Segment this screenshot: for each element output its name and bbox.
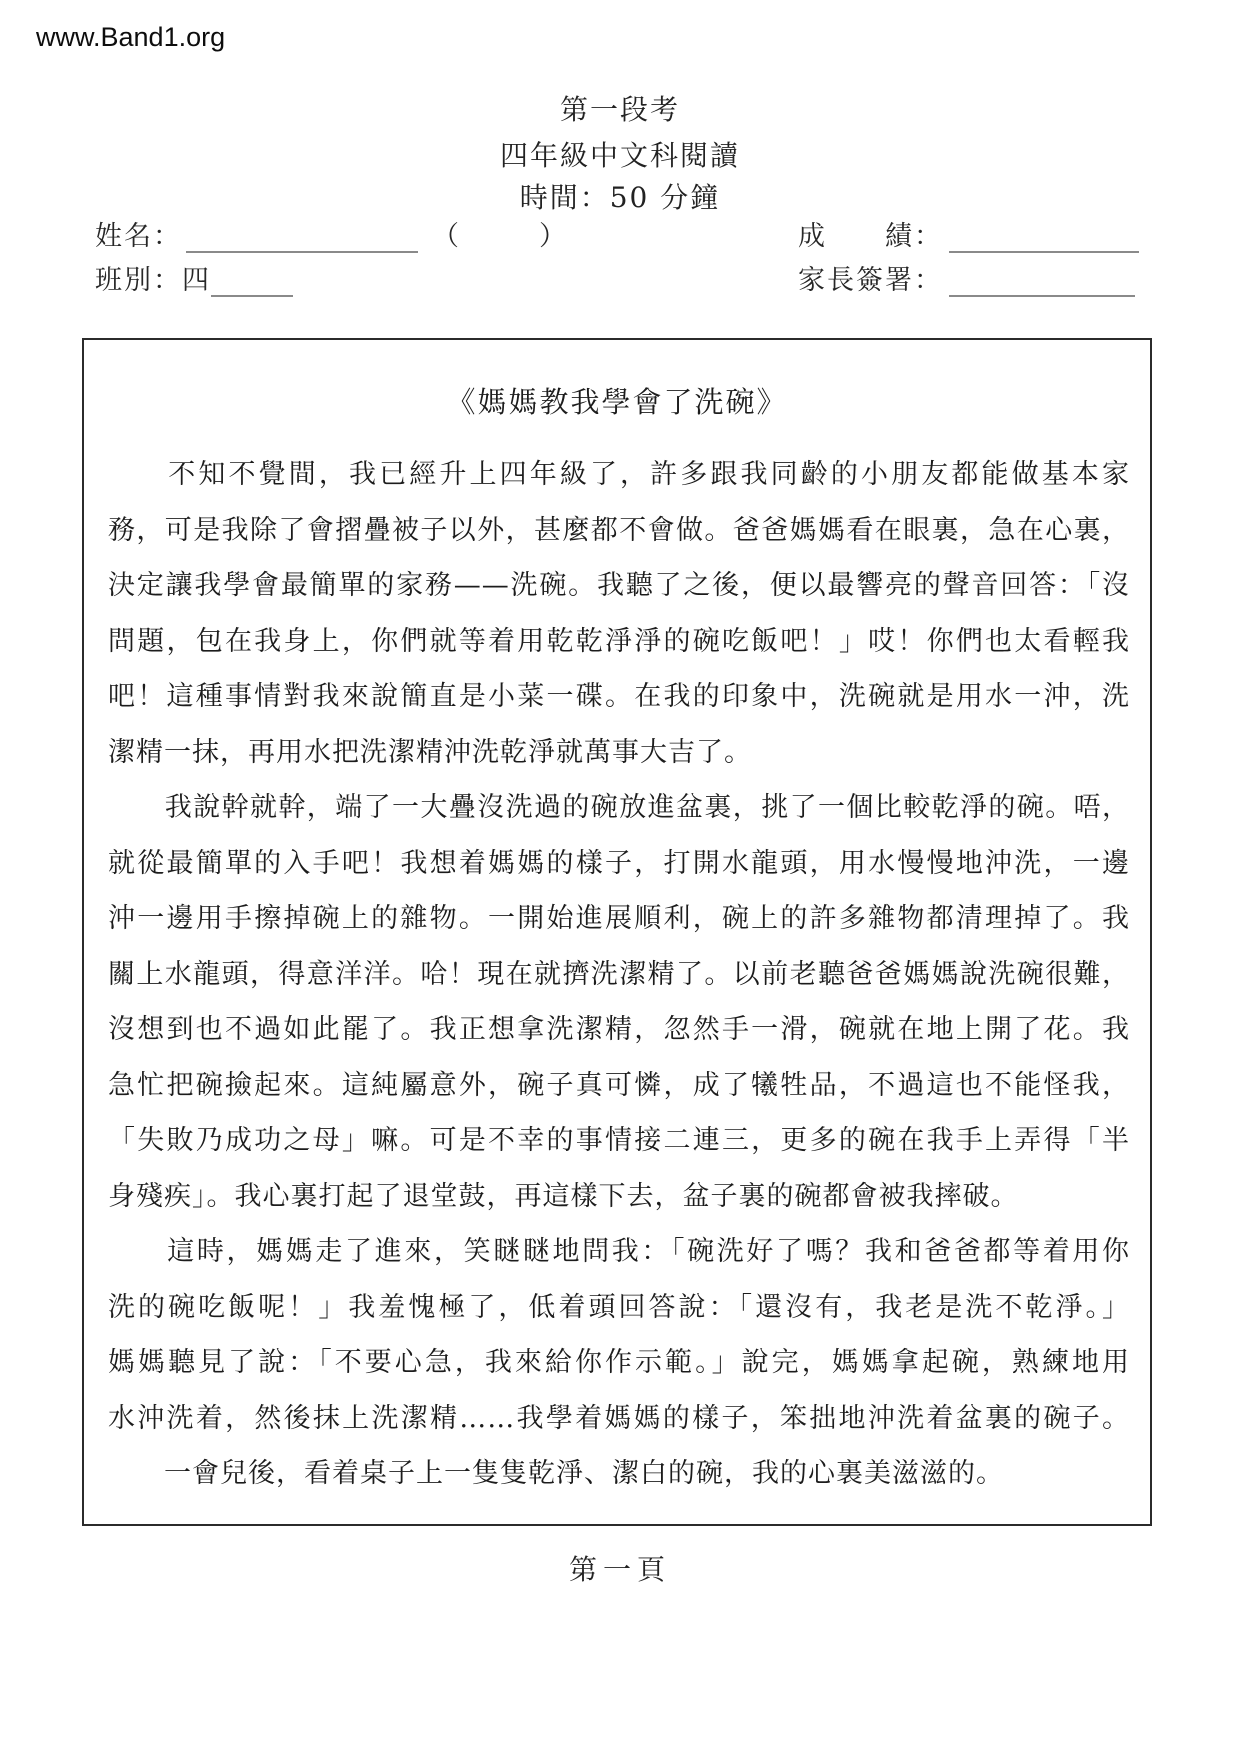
parent-sign-underline (949, 265, 1135, 297)
name-paren-close: ） (539, 214, 568, 253)
passage-line: 我說幹就幹，端了一大疊沒洗過的碗放進盆裏，挑了一個比較乾淨的碗。唔， (108, 780, 1130, 836)
passage-line: 「失敗乃成功之母」嘛。可是不幸的事情接二連三，更多的碗在我手上弄得「半 (108, 1113, 1130, 1169)
passage-line: 決定讓我學會最簡單的家務——洗碗。我聽了之後，便以最響亮的聲音回答：「沒 (108, 558, 1130, 614)
passage-line: 不知不覺間，我已經升上四年級了，許多跟我同齡的小朋友都能做基本家 (108, 447, 1130, 503)
site-watermark: www.Band1.org (36, 22, 225, 53)
score-field-row: 成 績： (798, 214, 1139, 253)
passage-line: 一會兒後，看着桌子上一隻隻乾淨、潔白的碗，我的心裏美滋滋的。 (108, 1446, 1130, 1502)
class-field-row: 班別：四 (95, 258, 293, 297)
passage-line: 水沖洗着，然後抹上洗潔精……我學着媽媽的樣子，笨拙地沖洗着盆裏的碗子。 (108, 1391, 1130, 1447)
passage-line: 媽媽聽見了說：「不要心急，我來給你作示範。」說完，媽媽拿起碗，熟練地用 (108, 1335, 1130, 1391)
passage-line: 這時，媽媽走了進來，笑瞇瞇地問我：「碗洗好了嗎？我和爸爸都等着用你 (108, 1224, 1130, 1280)
exam-duration: 時間：50 分鐘 (0, 176, 1240, 216)
passage-line: 沖一邊用手擦掉碗上的雜物。一開始進展順利，碗上的許多雜物都清理掉了。我 (108, 891, 1130, 947)
name-paren-open: （ (432, 214, 461, 253)
passage-line: 就從最簡單的入手吧！我想着媽媽的樣子，打開水龍頭，用水慢慢地沖洗，一邊 (108, 836, 1130, 892)
passage-box: 《媽媽教我學會了洗碗》 不知不覺間，我已經升上四年級了，許多跟我同齡的小朋友都能… (82, 338, 1152, 1526)
passage-line: 問題，包在我身上，你們就等着用乾乾淨淨的碗吃飯吧！」哎！你們也太看輕我 (108, 614, 1130, 670)
class-underline (211, 265, 293, 297)
name-field-row: 姓名：（） (95, 214, 568, 253)
passage-line: 關上水龍頭，得意洋洋。哈！現在就擠洗潔精了。以前老聽爸爸媽媽說洗碗很難， (108, 947, 1130, 1003)
page-number: 第一頁 (0, 1548, 1240, 1588)
name-underline (186, 221, 418, 253)
passage-line: 務，可是我除了會摺疊被子以外，甚麼都不會做。爸爸媽媽看在眼裏，急在心裏， (108, 503, 1130, 559)
passage-line: 沒想到也不過如此罷了。我正想拿洗潔精，忽然手一滑，碗就在地上開了花。我 (108, 1002, 1130, 1058)
passage-line: 洗的碗吃飯呢！」我羞愧極了，低着頭回答說：「還沒有，我老是洗不乾淨。」 (108, 1280, 1130, 1336)
passage-title: 《媽媽教我學會了洗碗》 (84, 380, 1150, 421)
score-underline (949, 221, 1139, 253)
name-label: 姓名： (95, 214, 182, 253)
score-label: 成 績： (798, 214, 943, 253)
passage-line: 吧！這種事情對我來說簡直是小菜一碟。在我的印象中，洗碗就是用水一沖，洗 (108, 669, 1130, 725)
passage-line: 潔精一抹，再用水把洗潔精沖洗乾淨就萬事大吉了。 (108, 725, 1130, 781)
parent-sign-field-row: 家長簽署： (798, 258, 1135, 297)
passage-line: 身殘疾」。我心裏打起了退堂鼓，再這樣下去，盆子裏的碗都會被我摔破。 (108, 1169, 1130, 1225)
exam-round-title: 第一段考 (0, 88, 1240, 128)
passage-line: 急忙把碗撿起來。這純屬意外，碗子真可憐，成了犧牲品，不過這也不能怪我， (108, 1058, 1130, 1114)
parent-sign-label: 家長簽署： (798, 258, 943, 297)
passage-body: 不知不覺間，我已經升上四年級了，許多跟我同齡的小朋友都能做基本家 務，可是我除了… (108, 447, 1130, 1502)
class-value: 四 (182, 258, 211, 297)
class-label: 班別： (95, 258, 182, 297)
exam-subject: 四年級中文科閱讀 (0, 134, 1240, 174)
